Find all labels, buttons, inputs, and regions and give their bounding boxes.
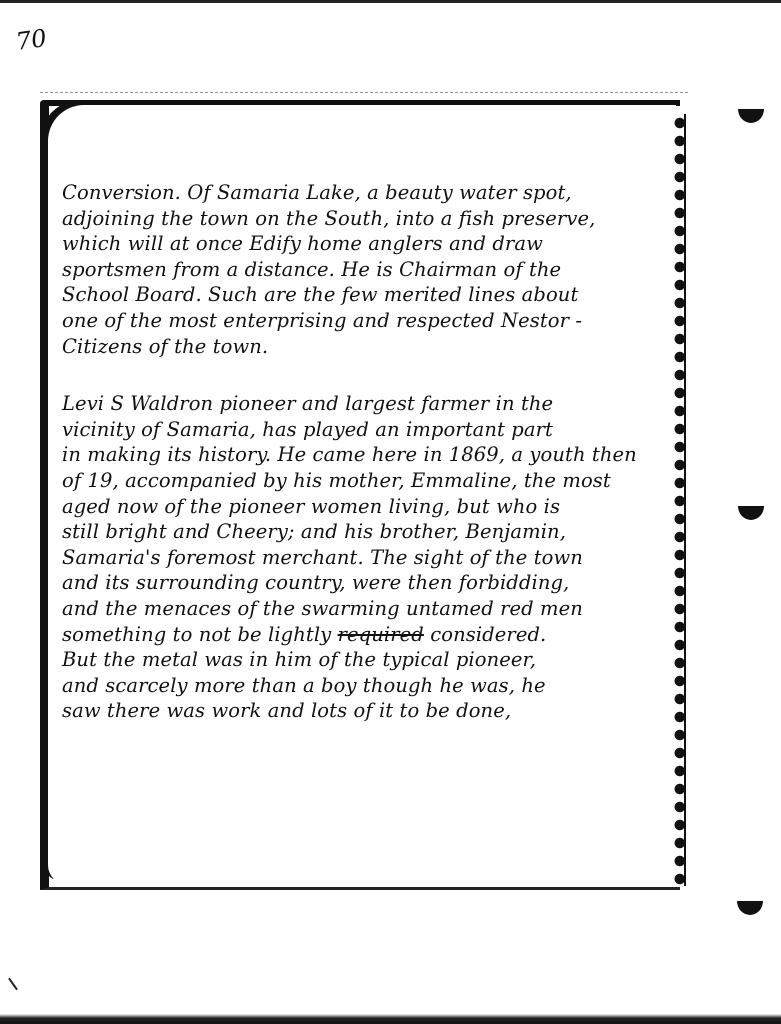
stray-pen-mark [8,978,18,991]
binder-hole-icon [738,506,764,520]
text-line: School Board. Such are the few merited l… [62,282,672,308]
text-line: Levi S Waldron pioneer and largest farme… [62,391,672,417]
spiral-binding-edge [670,114,686,886]
text-line: and the menaces of the swarming untamed … [62,596,672,622]
text-line: in making its history. He came here in 1… [62,442,672,468]
text-line: still bright and Cheery; and his brother… [62,519,672,545]
text-line: and scarcely more than a boy though he w… [62,673,672,699]
struck-word: required [338,623,424,646]
text-line: Samaria's foremost merchant. The sight o… [62,545,672,571]
text-line: saw there was work and lots of it to be … [62,698,672,724]
page-number: 70 [14,24,48,56]
text-line: of 19, accompanied by his mother, Emmali… [62,468,672,494]
text-line: aged now of the pioneer women living, bu… [62,494,672,520]
text-line: But the metal was in him of the typical … [62,647,672,673]
text-line: which will at once Edify home anglers an… [62,231,672,257]
sheet-top-edge [40,92,688,95]
text-line: one of the most enterprising and respect… [62,308,672,334]
binder-hole-icon [738,109,764,123]
text-fragment: something to not be lightly [62,623,331,646]
binder-hole-icon [737,901,763,915]
text-line-with-correction: something to not be lightly required con… [62,622,672,648]
text-line: adjoining the town on the South, into a … [62,206,672,232]
notebook-sheet: Conversion. Of Samaria Lake, a beauty wa… [40,92,688,892]
scan-bottom-edge [0,1014,781,1024]
text-line: vicinity of Samaria, has played an impor… [62,417,672,443]
text-line: Conversion. Of Samaria Lake, a beauty wa… [62,180,672,206]
text-line: and its surrounding country, were then f… [62,570,672,596]
handwritten-text: Conversion. Of Samaria Lake, a beauty wa… [62,180,672,724]
paragraph-gap [62,359,672,391]
text-line: sportsmen from a distance. He is Chairma… [62,257,672,283]
text-line: Citizens of the town. [62,334,672,360]
scan-top-edge [0,0,781,3]
text-fragment: considered. [430,623,546,646]
